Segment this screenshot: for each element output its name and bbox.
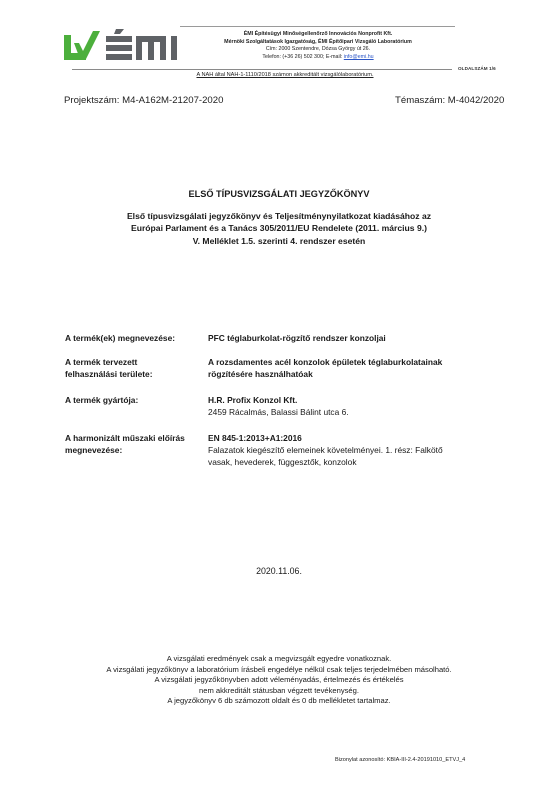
field-label: A termék(ek) megnevezése: <box>65 332 203 344</box>
project-number: Projektszám: M4-A162M-21207-2020 <box>64 95 223 106</box>
field-value-line: H.R. Profix Konzol Kft. <box>208 394 538 406</box>
field-label: A termék gyártója: <box>65 394 203 406</box>
document-title: ELSŐ TÍPUSVIZSGÁLATI JEGYZŐKÖNYV <box>0 189 558 199</box>
note-line: A vizsgálati jegyzőkönyvben adott vélemé… <box>0 675 558 686</box>
field-value: PFC téglaburkolat-rögzítő rendszer konzo… <box>208 332 538 344</box>
accreditation-statement: A NAH által NAH-1-1110/2018 számon akkre… <box>120 72 450 78</box>
subtitle-line: Első típusvizsgálati jegyzőkönyv és Telj… <box>0 210 558 222</box>
note-line: A vizsgálati eredmények csak a megvizsgá… <box>0 654 558 665</box>
field-value-line: rögzítésére használhatóak <box>208 368 538 380</box>
header-divider-bottom <box>72 69 452 70</box>
subtitle-line: Európai Parlament és a Tanács 305/2011/E… <box>0 222 558 234</box>
subtitle-line: V. Melléklet 1.5. szerinti 4. rendszer e… <box>0 235 558 247</box>
field-label-line: A termék tervezett <box>65 356 203 368</box>
phone-text: Telefon: (+36 26) 502 300; E-mail: <box>262 54 343 60</box>
field-label: A harmonizált műszaki előírás megnevezés… <box>65 432 203 456</box>
field-value-line: Falazatok kiegészítő elemeinek követelmé… <box>208 444 538 456</box>
document-id: Bizonylat azonosító: KBIA-III-2.4-201910… <box>335 757 465 763</box>
disclaimer-notes: A vizsgálati eredmények csak a megvizsgá… <box>0 654 558 707</box>
field-value: EN 845-1:2013+A1:2016 Falazatok kiegészí… <box>208 432 538 469</box>
field-label-line: A termék(ek) megnevezése: <box>65 332 203 344</box>
field-value-line: PFC téglaburkolat-rögzítő rendszer konzo… <box>208 332 538 344</box>
emi-logo-graphic <box>62 27 182 63</box>
field-value-line: vasak, hevederek, függesztők, konzolok <box>208 456 538 468</box>
field-value-line: A rozsdamentes acél konzolok épületek té… <box>208 356 538 368</box>
field-label-line: A termék gyártója: <box>65 394 203 406</box>
document-subtitle: Első típusvizsgálati jegyzőkönyv és Telj… <box>0 210 558 247</box>
org-address: Cím: 2000 Szentendre, Dózsa György út 26… <box>178 46 458 54</box>
organization-info: ÉMI Építésügyi Minőségellenőrző Innováci… <box>178 31 458 61</box>
field-label-line: A harmonizált műszaki előírás <box>65 432 203 444</box>
email-link[interactable]: info@emi.hu <box>344 54 374 60</box>
field-value: A rozsdamentes acél konzolok épületek té… <box>208 356 538 380</box>
department-name: Mérnöki Szolgáltatások Igazgatóság, ÉMI … <box>178 39 458 47</box>
org-name: ÉMI Építésügyi Minőségellenőrző Innováci… <box>178 31 458 39</box>
org-contact: Telefon: (+36 26) 502 300; E-mail: info@… <box>178 54 458 62</box>
document-date: 2020.11.06. <box>0 566 558 576</box>
header-divider-top <box>180 26 455 27</box>
field-value-line: 2459 Rácalmás, Balassi Bálint utca 6. <box>208 406 538 418</box>
field-value-line: EN 845-1:2013+A1:2016 <box>208 432 538 444</box>
field-value: H.R. Profix Konzol Kft. 2459 Rácalmás, B… <box>208 394 538 418</box>
note-line: nem akkreditált státusban végzett tevéke… <box>0 686 558 697</box>
field-label-line: megnevezése: <box>65 444 203 456</box>
field-label: A termék tervezett felhasználási terület… <box>65 356 203 380</box>
field-label-line: felhasználási területe: <box>65 368 203 380</box>
page-number: OLDALSZÁM 1/6 <box>458 66 496 71</box>
emi-logo <box>62 27 182 63</box>
note-line: A jegyzőkönyv 6 db számozott oldalt és 0… <box>0 696 558 707</box>
topic-number: Témaszám: M-4042/2020 <box>395 95 504 106</box>
note-line: A vizsgálati jegyzőkönyv a laboratórium … <box>0 665 558 676</box>
